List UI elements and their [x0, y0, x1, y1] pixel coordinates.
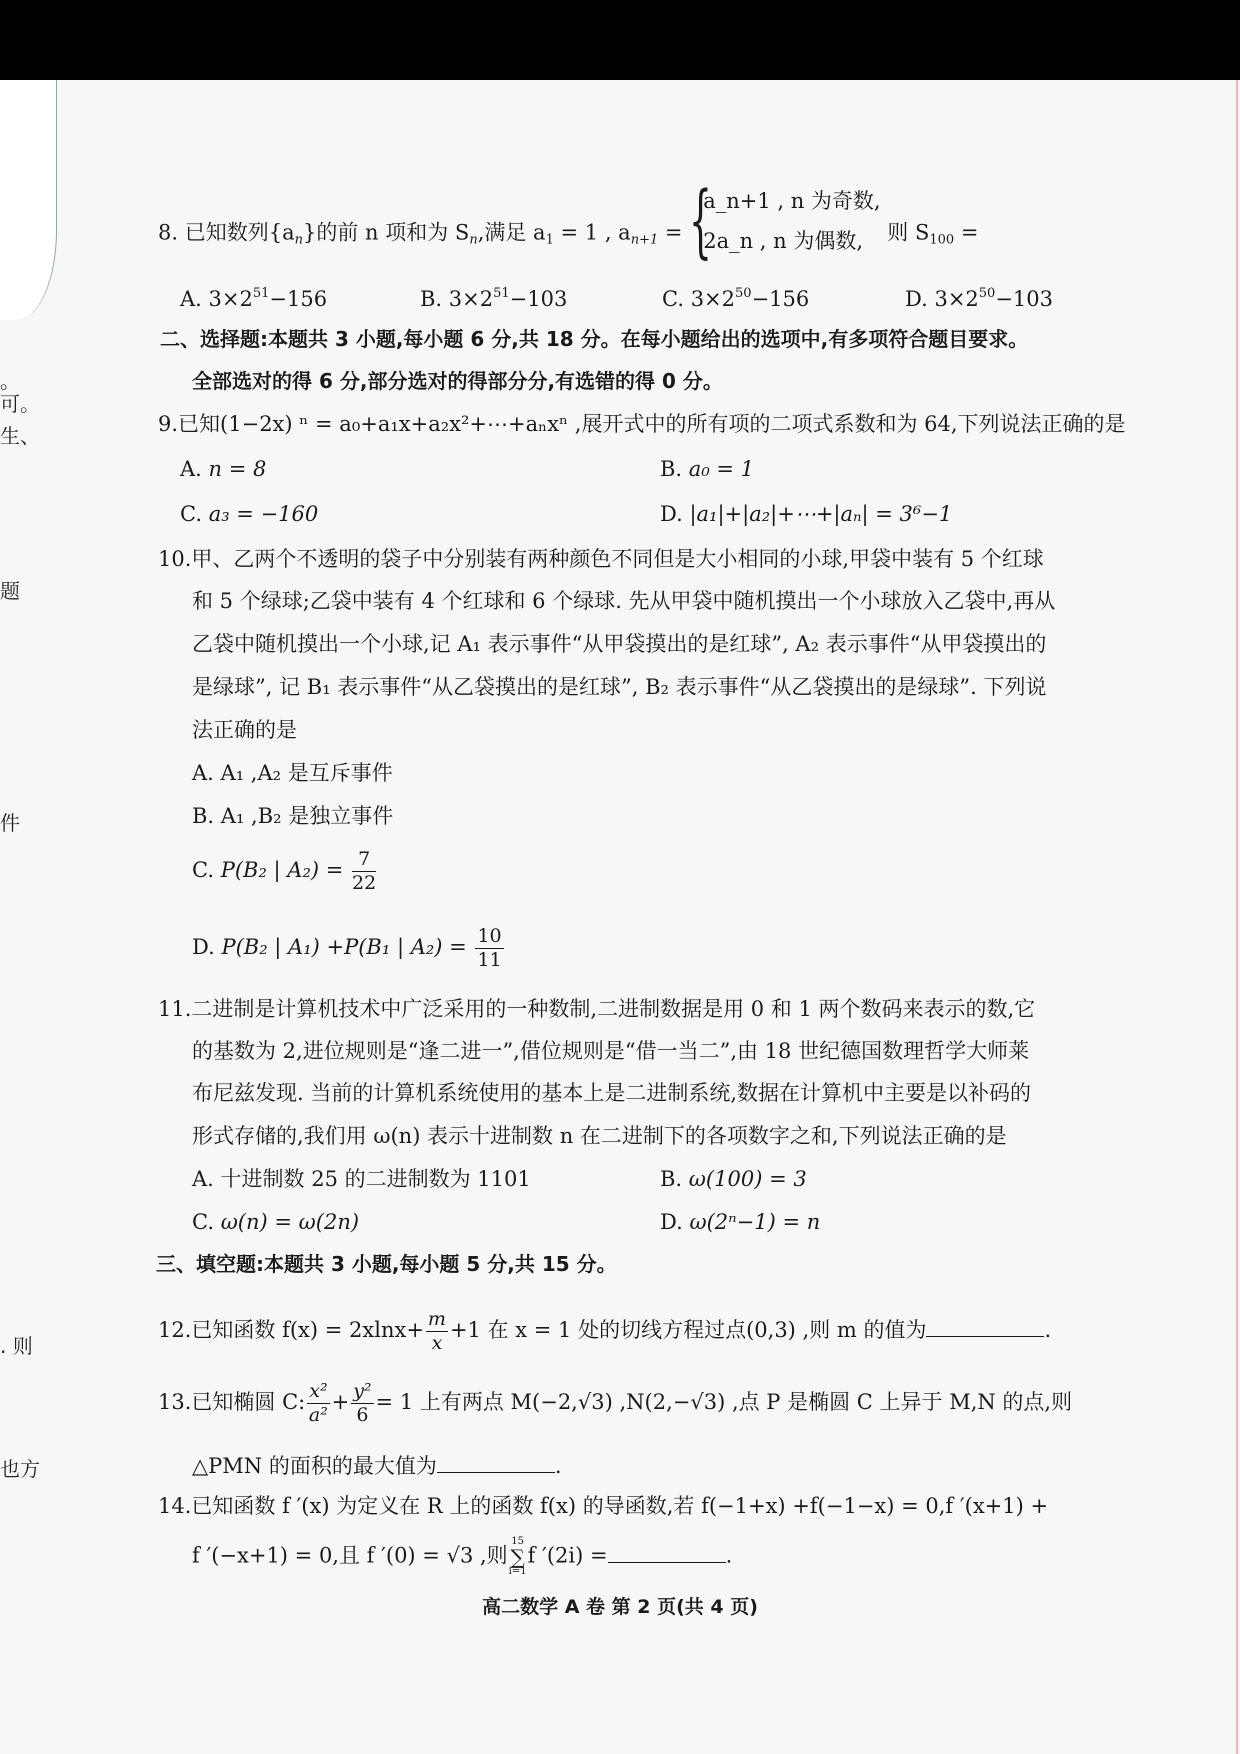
question-11-stem-line-2: 的基数为 2,进位规则是“逢二进一”,借位规则是“借一当二”,由 18 世纪德国…	[192, 1037, 1029, 1065]
answer-blank[interactable]	[437, 1452, 555, 1473]
summation-symbol: 15∑i=1	[509, 1537, 527, 1577]
fraction: 722	[352, 850, 376, 893]
question-11-stem-line-1: 11.二进制是计算机技术中广泛采用的一种数制,二进制数据是用 0 和 1 两个数…	[158, 995, 1035, 1023]
question-12: 12.已知函数 f(x) = 2xlnx+mx+1 在 x = 1 处的切线方程…	[158, 1310, 1051, 1353]
option-c: C. P(B₂ | A₂) = 722	[192, 850, 378, 893]
option-b: B. a₀ = 1	[660, 455, 754, 483]
question-14-line-2: f ′(−x+1) = 0,且 f ′(0) = √3 ,则15∑i=1f ′(…	[192, 1537, 732, 1577]
answer-blank[interactable]	[926, 1316, 1044, 1337]
page-edge	[1236, 80, 1238, 1754]
margin-fragment: 可。	[0, 388, 40, 417]
question-number: 11.	[158, 997, 191, 1021]
scan-top-black-bar	[0, 0, 1240, 80]
option-d: D. |a₁|+|a₂|+⋯+|aₙ| = 3⁶−1	[660, 500, 952, 528]
question-number: 8.	[158, 221, 178, 245]
option-d: D. P(B₂ | A₁) +P(B₁ | A₂) = 1011	[192, 927, 506, 970]
question-11-stem-line-4: 形式存储的,我们用 ω(n) 表示十进制数 n 在二进制下的各项数字之和,下列说…	[192, 1122, 1007, 1150]
option-a: A. n = 8	[180, 455, 266, 483]
option-b: B. 3×251−103	[420, 280, 567, 313]
page-footer: 高二数学 A 卷 第 2 页(共 4 页)	[0, 1592, 1240, 1619]
fraction: y²6	[351, 1382, 373, 1425]
question-10-stem-line-3: 乙袋中随机摸出一个小球,记 A₁ 表示事件“从甲袋摸出的是红球”, A₂ 表示事…	[192, 630, 1046, 658]
question-10-stem-line-4: 是绿球”, 记 B₁ 表示事件“从乙袋摸出的是红球”, B₂ 表示事件“从乙袋摸…	[192, 673, 1046, 701]
option-c: C. 3×250−156	[662, 280, 809, 313]
fraction: x²a²	[307, 1382, 329, 1425]
section-2-heading: 二、选择题:本题共 3 小题,每小题 6 分,共 18 分。在每小题给出的选项中…	[160, 325, 1028, 353]
question-8-stem: 8. 已知数列{an}的前 n 项和为 Sn,满足 a1 = 1 , an+1 …	[158, 207, 978, 261]
question-number: 9.	[158, 412, 178, 436]
option-b: B. A₁ ,B₂ 是独立事件	[192, 802, 393, 830]
question-13: 13.已知椭圆 C:x²a²+y²6= 1 上有两点 M(−2,√3) ,N(2…	[158, 1382, 1072, 1425]
margin-fragment: . 则	[0, 1330, 33, 1359]
section-2-instructions: 全部选对的得 6 分,部分选对的得部分分,有选错的得 0 分。	[192, 367, 723, 395]
folded-paper-flap	[0, 80, 57, 320]
margin-fragment: 生、	[0, 420, 40, 449]
question-number: 12.	[158, 1318, 191, 1342]
question-11-stem-line-3: 布尼兹发现. 当前的计算机系统使用的基本上是二进制系统,数据在计算机中主要是以补…	[192, 1079, 1031, 1107]
margin-fragment: 件	[0, 807, 20, 836]
option-c: C. a₃ = −160	[180, 500, 318, 528]
fraction: mx	[426, 1310, 448, 1353]
piecewise-definition: { a_n+1 , n 为奇数, 2a_n , n 为偶数,	[689, 181, 880, 261]
margin-fragment: 也方	[0, 1453, 40, 1482]
option-a: A. 十进制数 25 的二进制数为 1101	[192, 1165, 531, 1193]
question-9-stem: 9.已知(1−2x) ⁿ = a₀+a₁x+a₂x²+⋯+aₙxⁿ ,展开式中的…	[158, 410, 1126, 438]
question-10-stem-line-2: 和 5 个绿球;乙袋中装有 4 个红球和 6 个绿球. 先从甲袋中随机摸出一个小…	[192, 587, 1055, 615]
question-14-line-1: 14.已知函数 f ′(x) 为定义在 R 上的函数 f(x) 的导函数,若 f…	[158, 1492, 1048, 1520]
question-number: 10.	[158, 547, 191, 571]
question-number: 14.	[158, 1494, 191, 1518]
margin-fragment: 题	[0, 575, 20, 604]
brace-symbol: {	[689, 181, 712, 261]
question-10-stem-line-5: 法正确的是	[192, 716, 297, 744]
option-c: C. ω(n) = ω(2n)	[192, 1208, 359, 1236]
question-13-line-2: △PMN 的面积的最大值为.	[192, 1452, 562, 1480]
section-3-heading: 三、填空题:本题共 3 小题,每小题 5 分,共 15 分。	[156, 1250, 617, 1278]
option-b: B. ω(100) = 3	[660, 1165, 807, 1193]
option-d: D. 3×250−103	[905, 280, 1053, 313]
answer-blank[interactable]	[608, 1542, 726, 1563]
option-d: D. ω(2ⁿ−1) = n	[660, 1208, 820, 1236]
fraction: 1011	[475, 927, 503, 970]
option-a: A. A₁ ,A₂ 是互斥事件	[192, 759, 393, 787]
option-a: A. 3×251−156	[180, 280, 327, 313]
question-10-stem-line-1: 10.甲、乙两个不透明的袋子中分别装有两种颜色不同但是大小相同的小球,甲袋中装有…	[158, 545, 1044, 573]
question-number: 13.	[158, 1390, 191, 1414]
